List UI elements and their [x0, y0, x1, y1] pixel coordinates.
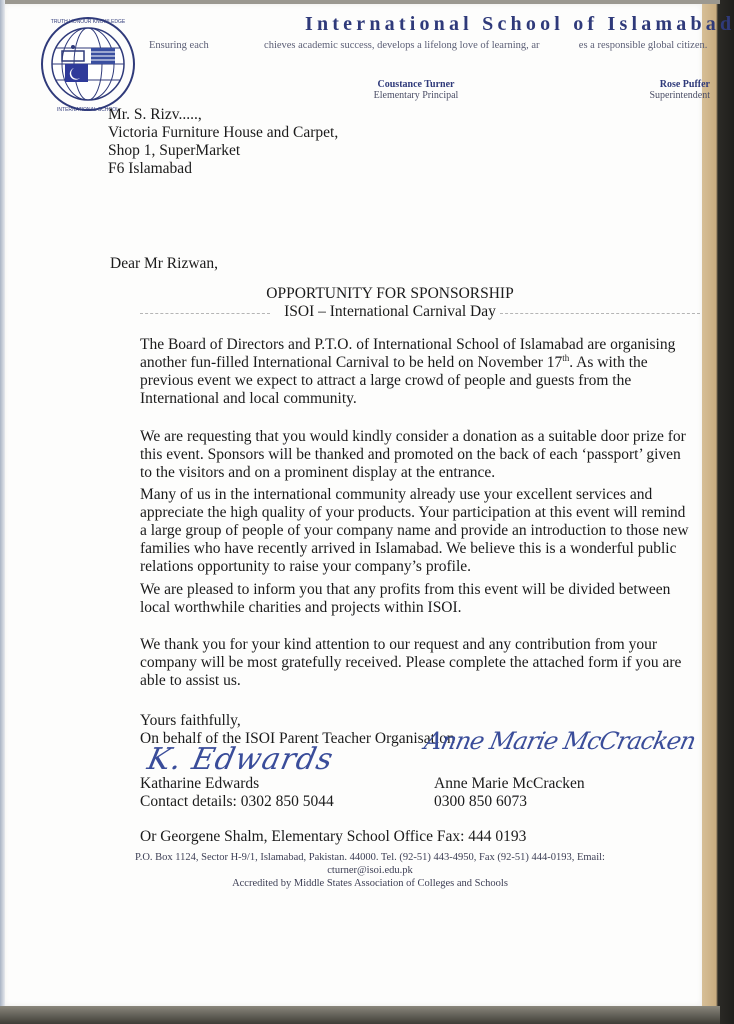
- superintendent-title: Superintendent: [600, 90, 710, 101]
- subject-line-1: OPPORTUNITY FOR SPONSORSHIP: [140, 285, 640, 303]
- line-text: another fun-filled International Carniva…: [140, 354, 562, 371]
- footer-address: P.O. Box 1124, Sector H-9/1, Islamabad, …: [60, 851, 680, 864]
- address-line: Victoria Furniture House and Carpet,: [108, 124, 338, 142]
- paragraph-line: a large group of people of your company …: [140, 522, 700, 540]
- paragraph-line: this event. Sponsors will be thanked and…: [140, 446, 700, 464]
- divider: [140, 313, 270, 314]
- paragraph-line: We thank you for your kind attention to …: [140, 636, 700, 654]
- recipient-address: Mr. S. Rizv....., Victoria Furniture Hou…: [108, 106, 338, 178]
- motto-tail: es a responsible global citizen.: [579, 40, 708, 51]
- address-line: Mr. S. Rizv.....,: [108, 106, 338, 124]
- frame-top-edge: [0, 0, 720, 4]
- paragraph-3: Many of us in the international communit…: [140, 486, 700, 576]
- school-motto: Ensuring each chieves academic success, …: [149, 40, 709, 51]
- paragraph-2: We are requesting that you would kindly …: [140, 428, 700, 482]
- svg-text:TRUTH HONOUR KNOWLEDGE: TRUTH HONOUR KNOWLEDGE: [51, 19, 126, 25]
- school-name: International School of Islamabad: [305, 13, 734, 36]
- redacted-region: [542, 41, 576, 51]
- paragraph-line: International and local community.: [140, 390, 700, 408]
- principal-block: Coustance Turner Elementary Principal: [356, 79, 476, 101]
- paragraph-line: relations opportunity to raise your comp…: [140, 558, 700, 576]
- line-text: . As with the: [569, 354, 647, 371]
- subject-line-2: ISOI – International Carnival Day: [140, 303, 640, 321]
- paragraph-line: Many of us in the international communit…: [140, 486, 700, 504]
- principal-title: Elementary Principal: [356, 90, 476, 101]
- alternate-contact: Or Georgene Shalm, Elementary School Off…: [140, 828, 700, 846]
- divider: [500, 313, 700, 314]
- frame-bottom-edge: [0, 1006, 720, 1024]
- principal-name: Coustance Turner: [356, 79, 476, 90]
- signatory-2: Anne Marie McCracken 0300 850 6073: [434, 775, 694, 811]
- frame-left-edge: [0, 0, 5, 1010]
- footer-accreditation: Accredited by Middle States Association …: [60, 877, 680, 890]
- paragraph-line: another fun-filled International Carniva…: [140, 354, 700, 372]
- signature-k-edwards: K. Edwards: [144, 742, 337, 777]
- redacted-region: [211, 41, 261, 51]
- salutation: Dear Mr Rizwan,: [110, 255, 218, 273]
- signatory-name: Anne Marie McCracken: [434, 775, 694, 793]
- superintendent-name: Rose Puffer: [600, 79, 710, 90]
- letterhead-footer: P.O. Box 1124, Sector H-9/1, Islamabad, …: [60, 851, 680, 890]
- paragraph-line: families who have recently arrived in Is…: [140, 540, 700, 558]
- paragraph-line: local worthwhile charities and projects …: [140, 599, 700, 617]
- school-logo-globe-icon: TRUTH HONOUR KNOWLEDGE INTERNATIONAL SCH…: [38, 14, 138, 114]
- paragraph-line: previous event we expect to attract a la…: [140, 372, 700, 390]
- alternate-contact-line: Or Georgene Shalm, Elementary School Off…: [140, 828, 700, 846]
- motto-middle: chieves academic success, develops a lif…: [264, 40, 540, 51]
- paragraph-line: company will be most gratefully received…: [140, 654, 700, 672]
- motto-start: Ensuring each: [149, 40, 209, 51]
- superintendent-block: Rose Puffer Superintendent: [600, 79, 710, 101]
- paragraph-1: The Board of Directors and P.T.O. of Int…: [140, 336, 700, 408]
- paragraph-line: able to assist us.: [140, 672, 700, 690]
- paragraph-line: The Board of Directors and P.T.O. of Int…: [140, 336, 700, 354]
- footer-email: cturner@isoi.edu.pk: [60, 864, 680, 877]
- paragraph-line: We are requesting that you would kindly …: [140, 428, 700, 446]
- paragraph-4: We are pleased to inform you that any pr…: [140, 581, 700, 617]
- paragraph-5: We thank you for your kind attention to …: [140, 636, 700, 690]
- paragraph-line: appreciate the high quality of your prod…: [140, 504, 700, 522]
- address-line: F6 Islamabad: [108, 160, 338, 178]
- paragraph-line: We are pleased to inform you that any pr…: [140, 581, 700, 599]
- subject-heading: OPPORTUNITY FOR SPONSORSHIP ISOI – Inter…: [140, 285, 640, 321]
- signatory-contact: 0300 850 6073: [434, 793, 694, 811]
- paragraph-line: to the visitors and on a prominent displ…: [140, 464, 700, 482]
- signature-anne-marie-mccracken: Anne Marie McCracken: [422, 727, 698, 755]
- address-line: Shop 1, SuperMarket: [108, 142, 338, 160]
